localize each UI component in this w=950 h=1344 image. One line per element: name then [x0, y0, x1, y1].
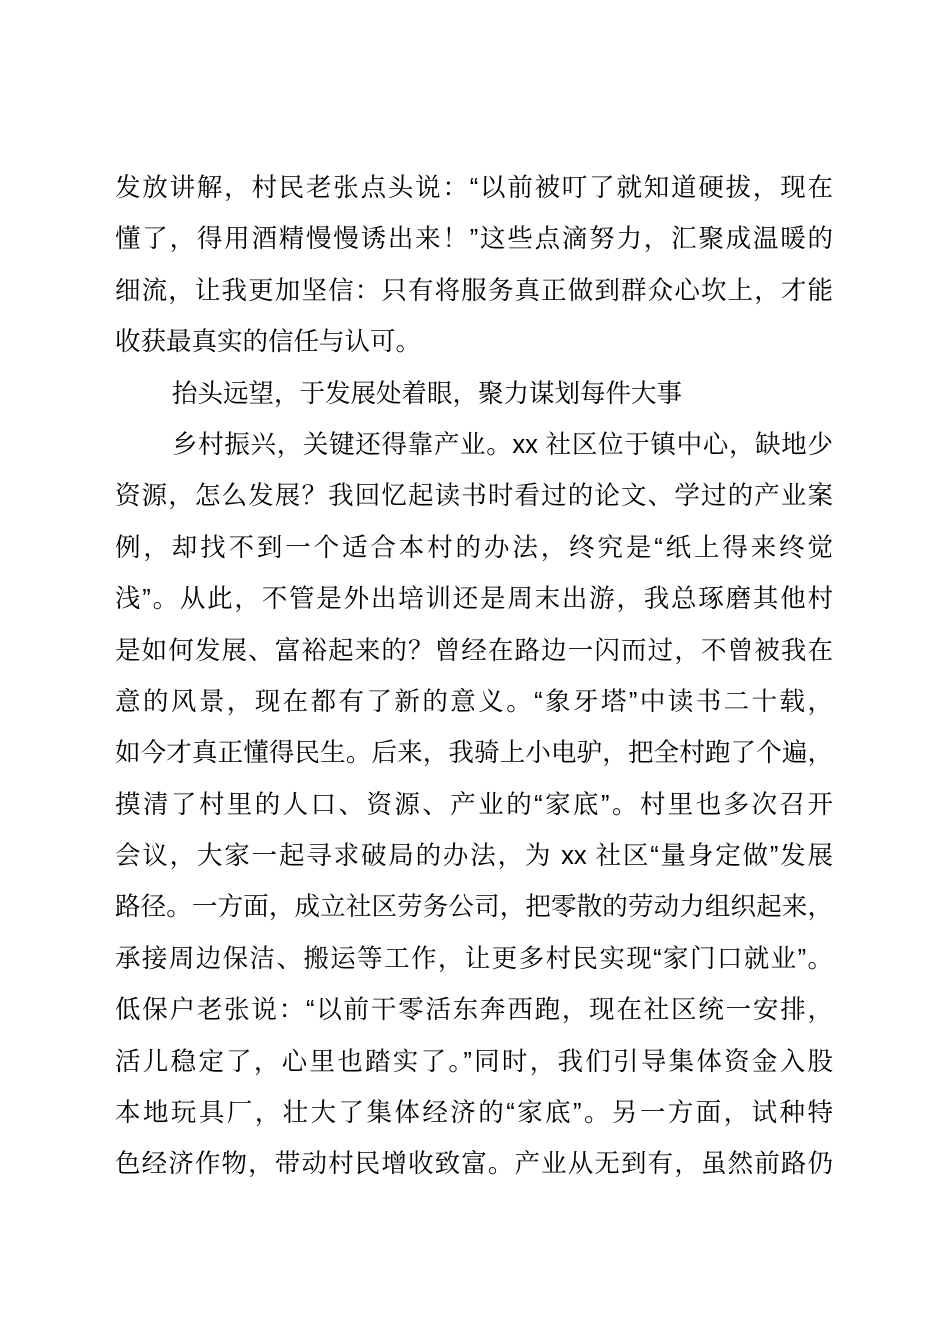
- body-paragraph: 发放讲解，村民老张点头说：“以前被叮了就知道硬拔，现在懂了，得用酒精慢慢诱出来！…: [115, 163, 833, 369]
- text-line: 承接周边保洁、搬运等工作，让更多村民实现“家门口就业”。: [115, 934, 833, 985]
- text-line: 路径。一方面，成立社区劳务公司，把零散的劳动力组织起来，: [115, 882, 833, 933]
- text-line: 收获最真实的信任与认可。: [115, 317, 833, 368]
- text-line: 乡村振兴，关键还得靠产业。xx 社区位于镇中心，缺地少: [115, 420, 833, 471]
- body-paragraph: 乡村振兴，关键还得靠产业。xx 社区位于镇中心，缺地少资源，怎么发展？我回忆起读…: [115, 420, 833, 1191]
- text-line: 低保户老张说：“以前干零活东奔西跑，现在社区统一安排，: [115, 985, 833, 1036]
- text-line: 本地玩具厂，壮大了集体经济的“家底”。另一方面，试种特: [115, 1088, 833, 1139]
- text-line: 会议，大家一起寻求破局的办法，为 xx 社区“量身定做”发展: [115, 831, 833, 882]
- text-line: 发放讲解，村民老张点头说：“以前被叮了就知道硬拔，现在: [115, 163, 833, 214]
- text-line: 是如何发展、富裕起来的？曾经在路边一闪而过，不曾被我在: [115, 626, 833, 677]
- text-line: 浅”。从此，不管是外出培训还是周末出游，我总琢磨其他村: [115, 574, 833, 625]
- text-line: 色经济作物，带动村民增收致富。产业从无到有，虽然前路仍: [115, 1139, 833, 1190]
- text-line: 资源，怎么发展？我回忆起读书时看过的论文、学过的产业案: [115, 471, 833, 522]
- document-text-block: 发放讲解，村民老张点头说：“以前被叮了就知道硬拔，现在懂了，得用酒精慢慢诱出来！…: [115, 163, 833, 1191]
- text-line: 如今才真正懂得民生。后来，我骑上小电驴，把全村跑了个遍，: [115, 728, 833, 779]
- text-line: 细流，让我更加坚信：只有将服务真正做到群众心坎上，才能: [115, 266, 833, 317]
- text-line: 摸清了村里的人口、资源、产业的“家底”。村里也多次召开: [115, 780, 833, 831]
- text-line: 懂了，得用酒精慢慢诱出来！”这些点滴努力，汇聚成温暖的: [115, 214, 833, 265]
- text-line: 意的风景，现在都有了新的意义。“象牙塔”中读书二十载，: [115, 677, 833, 728]
- document-page: 发放讲解，村民老张点头说：“以前被叮了就知道硬拔，现在懂了，得用酒精慢慢诱出来！…: [0, 0, 950, 1344]
- text-line: 例，却找不到一个适合本村的办法，终究是“纸上得来终觉: [115, 523, 833, 574]
- text-line: 抬头远望，于发展处着眼，聚力谋划每件大事: [115, 369, 833, 420]
- text-line: 活儿稳定了，心里也踏实了。”同时，我们引导集体资金入股: [115, 1037, 833, 1088]
- section-heading: 抬头远望，于发展处着眼，聚力谋划每件大事: [115, 369, 833, 420]
